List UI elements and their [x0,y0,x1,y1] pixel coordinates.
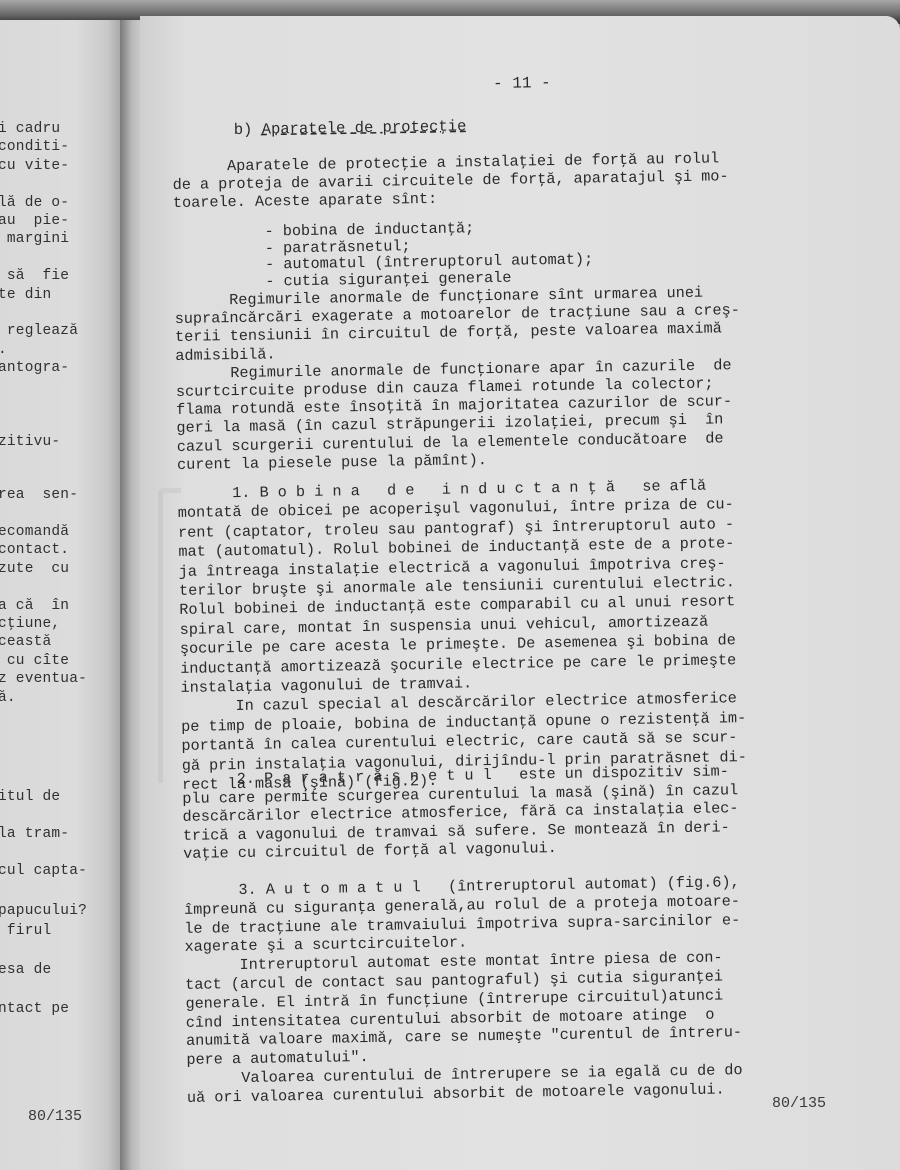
left-text-line: ceastă [0,633,51,651]
pencil-bracket-mark [158,488,181,783]
text-line: admisibilă. [175,345,276,365]
left-text-line: cul capta- [0,862,87,880]
left-text-line: cu vite- [0,157,69,175]
page-header: - 11 - [493,74,551,93]
left-text-line: reglează [0,322,78,340]
left-text-line: ecomandă [0,523,69,541]
left-text-line: i cadru [0,120,60,138]
left-text-line: să fie [0,267,69,285]
right-page: - 11 - b) Aparatele de protecţie Aparate… [140,16,900,1170]
left-text-line: z eventua- [0,670,87,688]
section-prefix: b) [234,121,262,139]
left-text-line: papucului? [0,902,87,920]
left-text-line: zitivu- [0,433,60,451]
left-text-line: contact. [0,541,69,559]
left-text-line: te din [0,286,51,304]
left-text-line: a că în [0,597,69,615]
left-text-line: ă. [0,689,16,707]
text-line: pere a automatului". [186,1048,369,1069]
left-text-line: lă de o- [0,194,69,212]
text-line: toarele. Aceste aparate sînt: [173,190,438,212]
left-text-line: esa de [0,961,51,979]
left-text-line: conditi- [0,138,69,156]
left-text-line: itul de [0,788,60,806]
left-page-fragment: i cadruconditi-cu vite-lă de o-au pie- m… [0,20,126,1170]
left-text-line: ntact pe [0,1000,69,1018]
left-text-line: cţiune, [0,615,60,633]
left-page-number: 80/135 [28,1108,82,1125]
text-line: curent la piesele puse la pămînt). [177,451,487,474]
left-text-line: la tram- [0,825,69,843]
left-text-line: rea sen- [0,486,78,504]
left-text-line: firul [0,922,51,940]
right-page-number: 80/135 [772,1095,826,1112]
section-title-text: Aparatele de protecţie [262,117,467,138]
left-text-line: zute cu [0,560,69,578]
left-text-line: margini [0,230,69,248]
left-text-line: . [0,341,7,359]
left-text-line: cu cîte [0,652,69,670]
left-text-line: antogra- [0,359,69,377]
left-text-line: au pie- [0,212,69,230]
section-title: b) Aparatele de protecţie [234,117,467,139]
